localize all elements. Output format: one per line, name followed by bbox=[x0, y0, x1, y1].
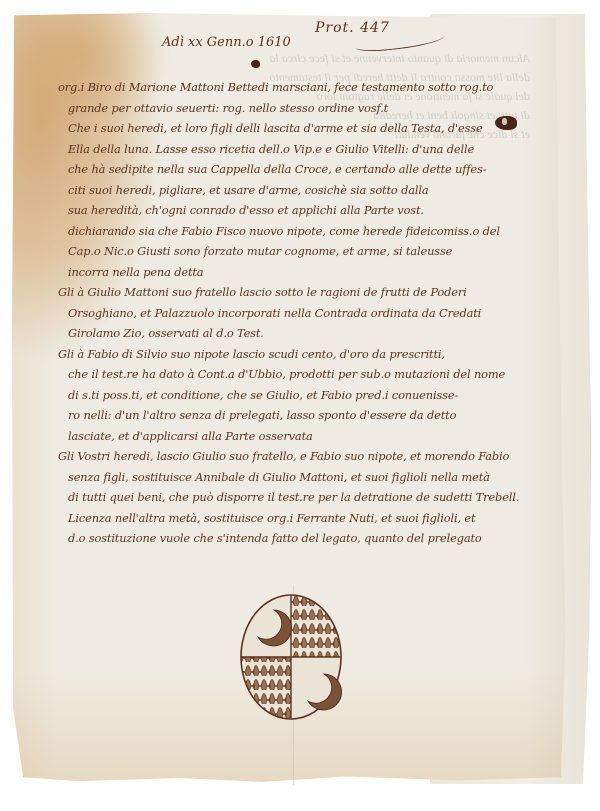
text-line: sua heredità, ch'ogni conrado d'esso et … bbox=[58, 200, 558, 221]
text-line: Orsoghiano, et Palazzuolo incorporati ne… bbox=[58, 303, 558, 324]
text-line: lasciate, et d'applicarsi alla Parte oss… bbox=[58, 426, 558, 447]
text-line: Gli à Fabio di Silvio suo nipote lascio … bbox=[58, 344, 558, 365]
text-line: Ella della luna. Lasse esso ricetia dell… bbox=[58, 139, 558, 160]
text-line: ro nelli: d'un l'altro senza di prelegat… bbox=[58, 405, 558, 426]
document-date: Adì xx Genn.o 1610 bbox=[162, 35, 291, 50]
text-line: Gli Vostri heredi, lascio Giulio suo fra… bbox=[58, 446, 558, 467]
text-line: grande per ottavio seuerti: rog. nello s… bbox=[58, 98, 558, 119]
manuscript-body: org.i Biro di Marione Mattoni Bettedi ma… bbox=[58, 77, 558, 549]
coat-of-arms-icon bbox=[238, 592, 344, 722]
protocol-number: Prot. 447 bbox=[315, 20, 390, 36]
text-line: Girolamo Zio, osservati al d.o Test. bbox=[58, 323, 558, 344]
text-line: d.o sostituzione vuole che s'intenda fat… bbox=[58, 528, 558, 549]
text-line: org.i Biro di Marione Mattoni Bettedi ma… bbox=[58, 77, 558, 98]
text-line: Cap.o Nic.o Giusti sono forzato mutar co… bbox=[58, 241, 558, 262]
document-image: Alcun memoria di quanto intervenne et si… bbox=[0, 0, 600, 811]
text-line: che hà sedipite nella sua Cappella della… bbox=[58, 159, 558, 180]
text-line: incorra nella pena detta bbox=[58, 262, 558, 283]
text-line: Gli à Giulio Mattoni suo fratello lascio… bbox=[58, 282, 558, 303]
text-line: di s.ti poss.ti, et conditione, che se G… bbox=[58, 385, 558, 406]
text-line: Licenza nell'altra metà, sostituisce org… bbox=[58, 508, 558, 529]
text-line: senza figli, sostituisce Annibale di Giu… bbox=[58, 467, 558, 488]
text-line: di tutti quei beni, che può disporre il … bbox=[58, 487, 558, 508]
text-line: dichiarando sia che Fabio Fisco nuovo ni… bbox=[58, 221, 558, 242]
text-line: citi suoi heredi, pigliare, et usare d'a… bbox=[58, 180, 558, 201]
text-line: Che i suoi heredi, et loro figli delli l… bbox=[58, 118, 558, 139]
text-line: che il test.re ha dato à Cont.a d'Ubbio,… bbox=[58, 364, 558, 385]
ink-blot bbox=[251, 60, 260, 68]
